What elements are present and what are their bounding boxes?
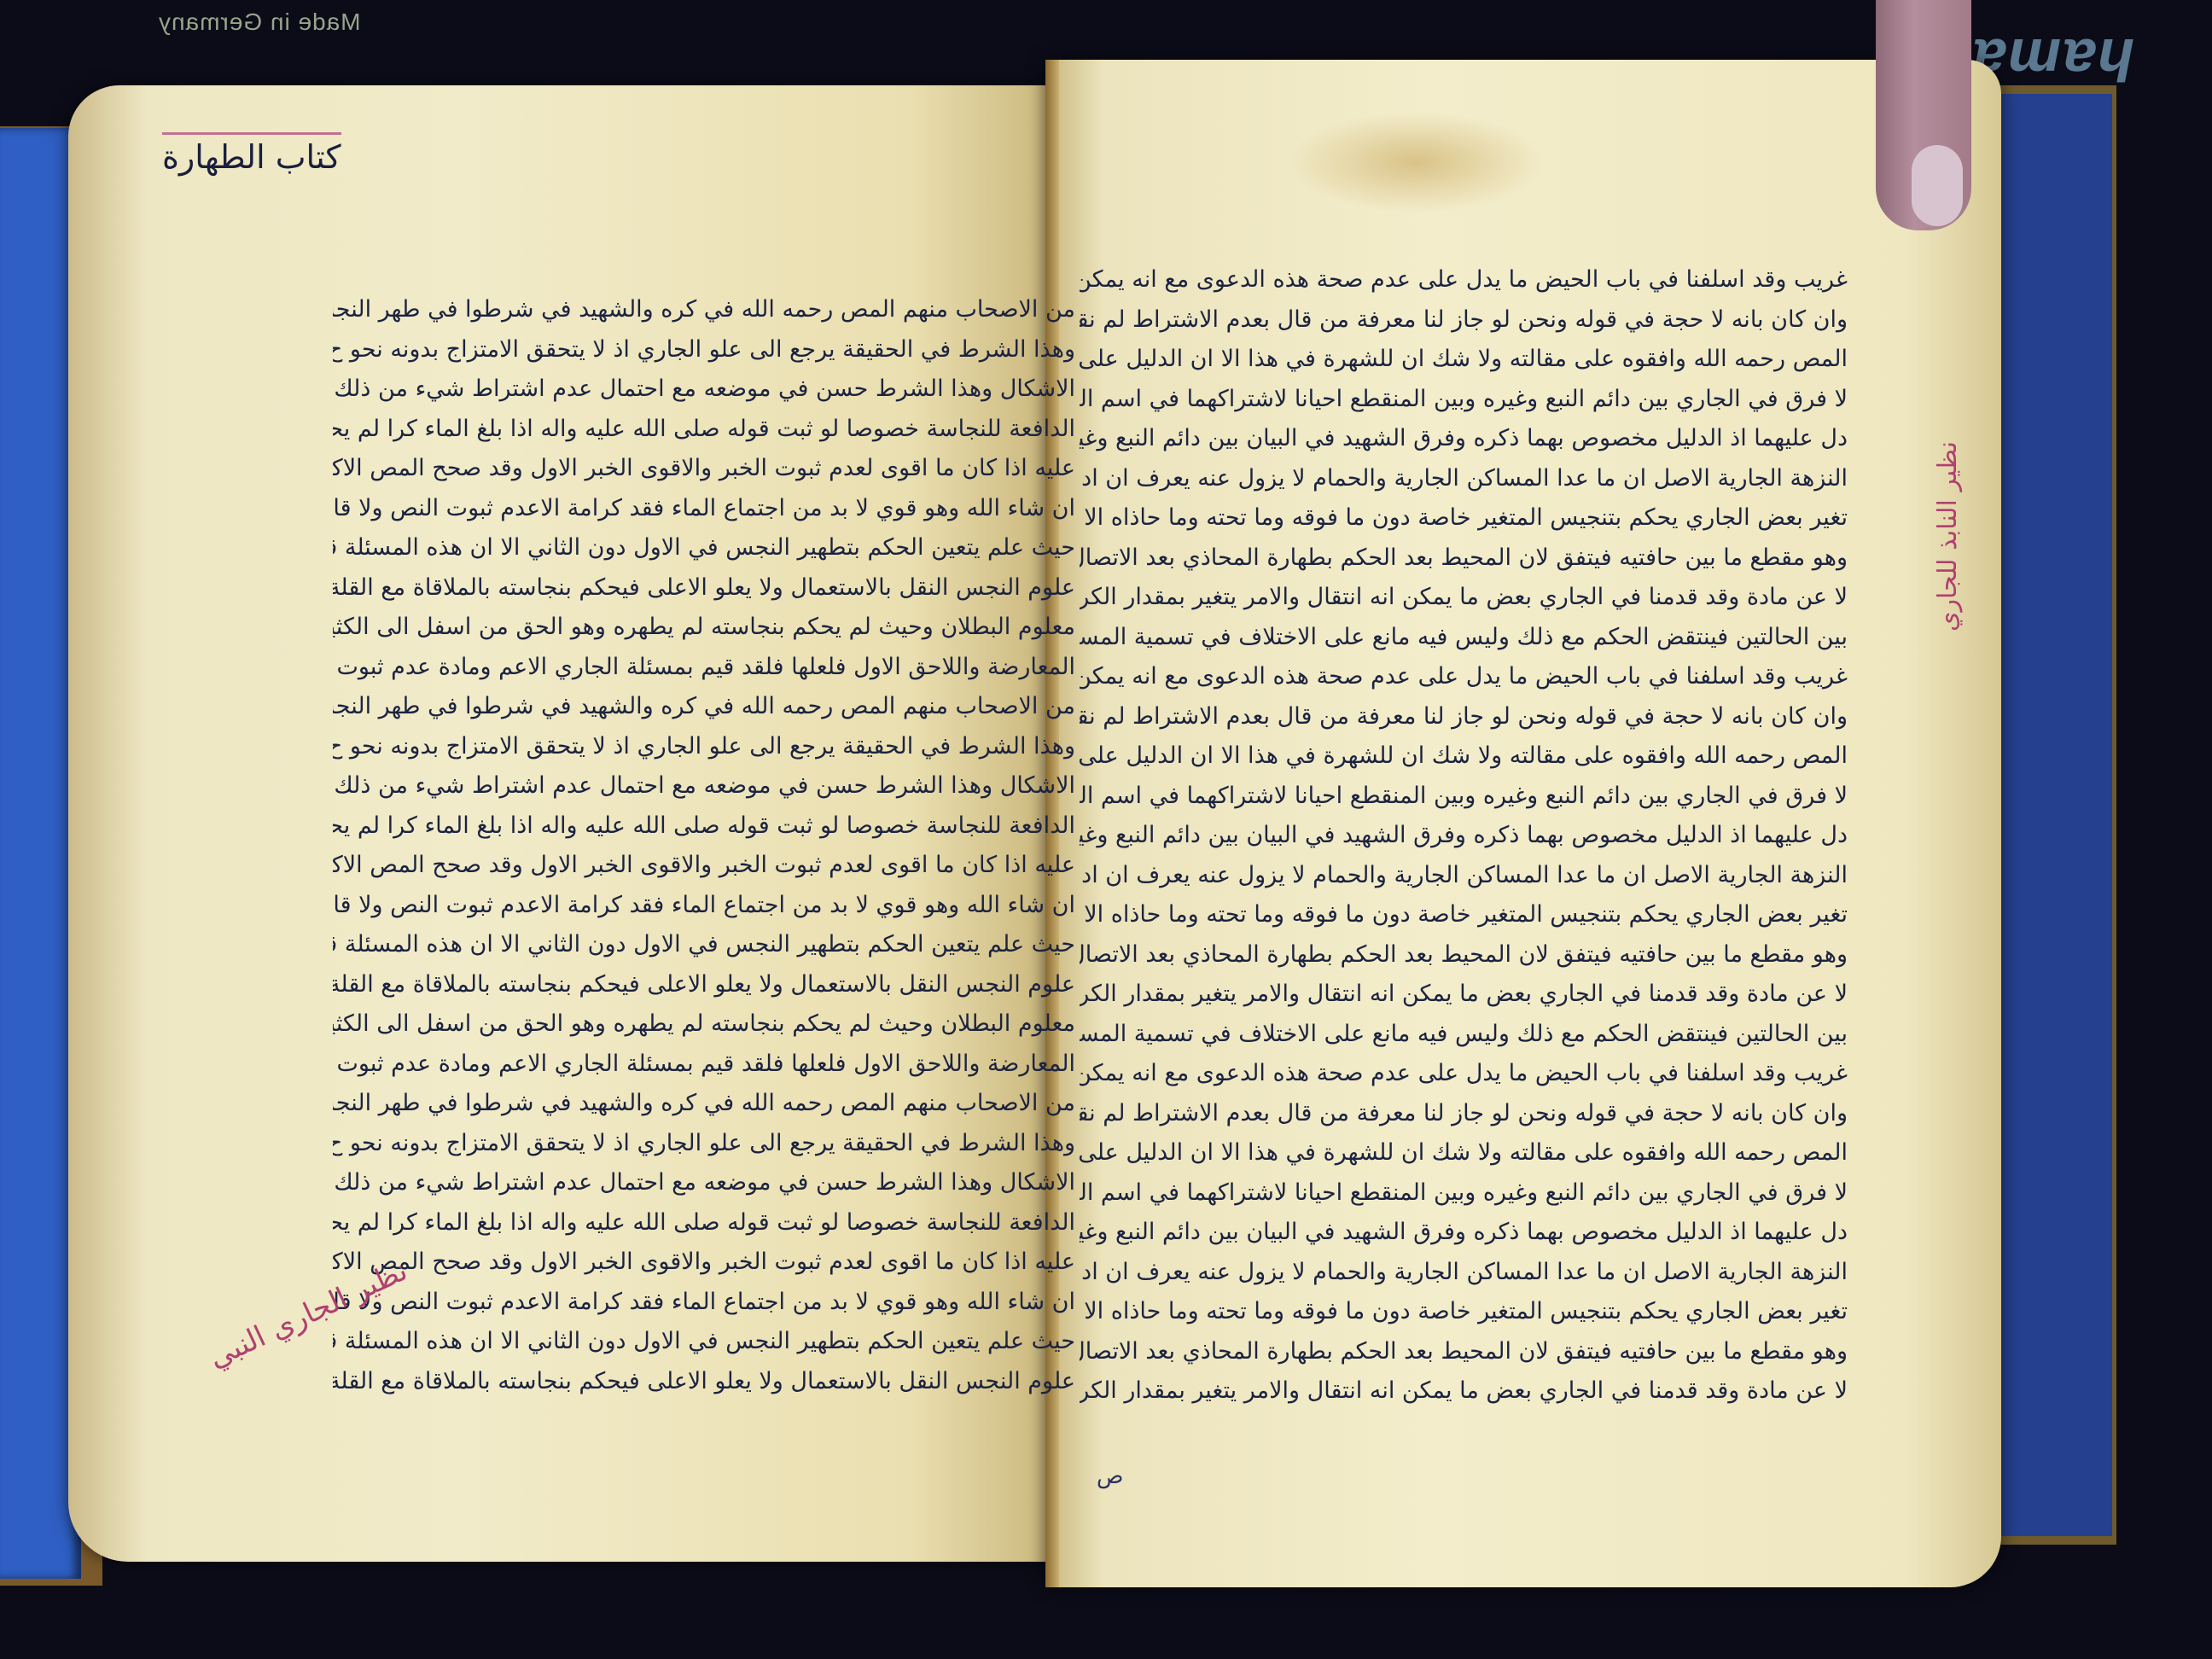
text-line: لا عن مادة وقد قدمنا في الجاري بعض ما يم…: [1080, 975, 1848, 1015]
text-line: غريب وقد اسلفنا في باب الحيض ما يدل على …: [1080, 1054, 1848, 1094]
text-line: لا عن مادة وقد قدمنا في الجاري بعض ما يم…: [1080, 1371, 1848, 1412]
text-line: لا فرق في الجاري بين دائم النبع وغيره وب…: [1080, 380, 1848, 420]
text-line: الاشكال وهذا الشرط حسن في موضعه مع احتما…: [333, 766, 1075, 806]
text-line: علوم النجس النقل بالاستعمال ولا يعلو الا…: [333, 568, 1075, 608]
text-line: دل عليهما اذ الدليل مخصوص بهما ذكره وفرق…: [1080, 419, 1848, 459]
text-line: وان كان بانه لا حجة في قوله ونحن لو جاز …: [1080, 697, 1848, 737]
text-line: الاشكال وهذا الشرط حسن في موضعه مع احتما…: [333, 370, 1075, 410]
text-line: وان كان بانه لا حجة في قوله ونحن لو جاز …: [1080, 300, 1848, 341]
text-line: ان شاء الله وهو قوي لا بد من اجتماع الما…: [333, 489, 1075, 529]
text-line: تغير بعض الجاري يحكم بتنجيس المتغير خاصة…: [1080, 1292, 1848, 1332]
text-line: لا فرق في الجاري بين دائم النبع وغيره وب…: [1080, 777, 1848, 817]
text-line: المص رحمه الله وافقوه على مقالته ولا شك …: [1080, 736, 1848, 777]
text-line: غريب وقد اسلفنا في باب الحيض ما يدل على …: [1080, 657, 1848, 697]
text-line: وهذا الشرط في الحقيقة يرجع الى علو الجار…: [333, 727, 1075, 767]
right-margin-note: نظير النابذ للجاري: [1933, 441, 1963, 632]
text-line: ان شاء الله وهو قوي لا بد من اجتماع الما…: [333, 1283, 1075, 1323]
page-catchword-mark: ص: [1097, 1464, 1123, 1489]
text-line: الدافعة للنجاسة خصوصا لو ثبت قوله صلى ال…: [333, 410, 1075, 450]
text-line: المص رحمه الله وافقوه على مقالته ولا شك …: [1080, 340, 1848, 380]
text-line: النزهة الجارية الاصل ان ما عدا المساكن ا…: [1080, 1253, 1848, 1293]
text-line: لا فرق في الجاري بين دائم النبع وغيره وب…: [1080, 1173, 1848, 1214]
text-line: حيث علم يتعين الحكم بتطهير النجس في الاو…: [333, 528, 1075, 568]
text-line: وهو مقطع ما بين حافتيه فيتفق لان المحيط …: [1080, 935, 1848, 975]
text-line: النزهة الجارية الاصل ان ما عدا المساكن ا…: [1080, 856, 1848, 896]
text-line: ان شاء الله وهو قوي لا بد من اجتماع الما…: [333, 886, 1075, 926]
text-line: معلوم البطلان وحيث لم يحكم بنجاسته لم يط…: [333, 1004, 1075, 1045]
text-line: تغير بعض الجاري يحكم بتنجيس المتغير خاصة…: [1080, 498, 1848, 538]
text-line: دل عليهما اذ الدليل مخصوص بهما ذكره وفرق…: [1080, 1213, 1848, 1253]
water-stain: [1289, 111, 1545, 213]
text-line: من الاصحاب منهم المص رحمه الله في كره وا…: [333, 1084, 1075, 1124]
text-line: غريب وقد اسلفنا في باب الحيض ما يدل على …: [1080, 260, 1848, 300]
thumbnail-nail: [1912, 145, 1963, 226]
text-line: عليه اذا كان ما اقوى لعدم ثبوت الخبر وال…: [333, 846, 1075, 886]
cover-board-right: [1997, 94, 2112, 1536]
left-page-text: من الاصحاب منهم المص رحمه الله في كره وا…: [333, 290, 1075, 1417]
text-line: الدافعة للنجاسة خصوصا لو ثبت قوله صلى ال…: [333, 806, 1075, 847]
text-line: علوم النجس النقل بالاستعمال ولا يعلو الا…: [333, 965, 1075, 1005]
text-line: وهذا الشرط في الحقيقة يرجع الى علو الجار…: [333, 1124, 1075, 1164]
text-line: تغير بعض الجاري يحكم بتنجيس المتغير خاصة…: [1080, 895, 1848, 935]
left-page-heading: كتاب الطهارة: [162, 132, 341, 176]
text-line: وهذا الشرط في الحقيقة يرجع الى علو الجار…: [333, 330, 1075, 370]
text-line: الاشكال وهذا الشرط حسن في موضعه مع احتما…: [333, 1163, 1075, 1203]
text-line: المعارضة واللاحق الاول فلعلها فلقد قيم ب…: [333, 648, 1075, 688]
text-line: النزهة الجارية الاصل ان ما عدا المساكن ا…: [1080, 459, 1848, 499]
backdrop-label-made-in-germany: Made in Germany: [158, 9, 361, 36]
text-line: من الاصحاب منهم المص رحمه الله في كره وا…: [333, 290, 1075, 330]
text-line: دل عليهما اذ الدليل مخصوص بهما ذكره وفرق…: [1080, 816, 1848, 856]
text-line: علوم النجس النقل بالاستعمال ولا يعلو الا…: [333, 1362, 1075, 1402]
text-line: الدافعة للنجاسة خصوصا لو ثبت قوله صلى ال…: [333, 1203, 1075, 1243]
text-line: بين الحالتين فينتقض الحكم مع ذلك وليس في…: [1080, 618, 1848, 658]
text-line: حيث علم يتعين الحكم بتطهير النجس في الاو…: [333, 925, 1075, 965]
right-page-text: غريب وقد اسلفنا في باب الحيض ما يدل على …: [1080, 260, 1848, 1447]
text-line: وان كان بانه لا حجة في قوله ونحن لو جاز …: [1080, 1094, 1848, 1134]
text-line: عليه اذا كان ما اقوى لعدم ثبوت الخبر وال…: [333, 449, 1075, 489]
text-line: بين الحالتين فينتقض الحكم مع ذلك وليس في…: [1080, 1015, 1848, 1055]
text-line: عليه اذا كان ما اقوى لعدم ثبوت الخبر وال…: [333, 1243, 1075, 1283]
text-line: معلوم البطلان وحيث لم يحكم بنجاسته لم يط…: [333, 608, 1075, 648]
text-line: لا عن مادة وقد قدمنا في الجاري بعض ما يم…: [1080, 578, 1848, 618]
text-line: حيث علم يتعين الحكم بتطهير النجس في الاو…: [333, 1322, 1075, 1362]
text-line: وهو مقطع ما بين حافتيه فيتفق لان المحيط …: [1080, 538, 1848, 579]
text-line: وهو مقطع ما بين حافتيه فيتفق لان المحيط …: [1080, 1332, 1848, 1372]
text-line: المص رحمه الله وافقوه على مقالته ولا شك …: [1080, 1133, 1848, 1173]
text-line: من الاصحاب منهم المص رحمه الله في كره وا…: [333, 687, 1075, 727]
text-line: المعارضة واللاحق الاول فلعلها فلقد قيم ب…: [333, 1045, 1075, 1085]
